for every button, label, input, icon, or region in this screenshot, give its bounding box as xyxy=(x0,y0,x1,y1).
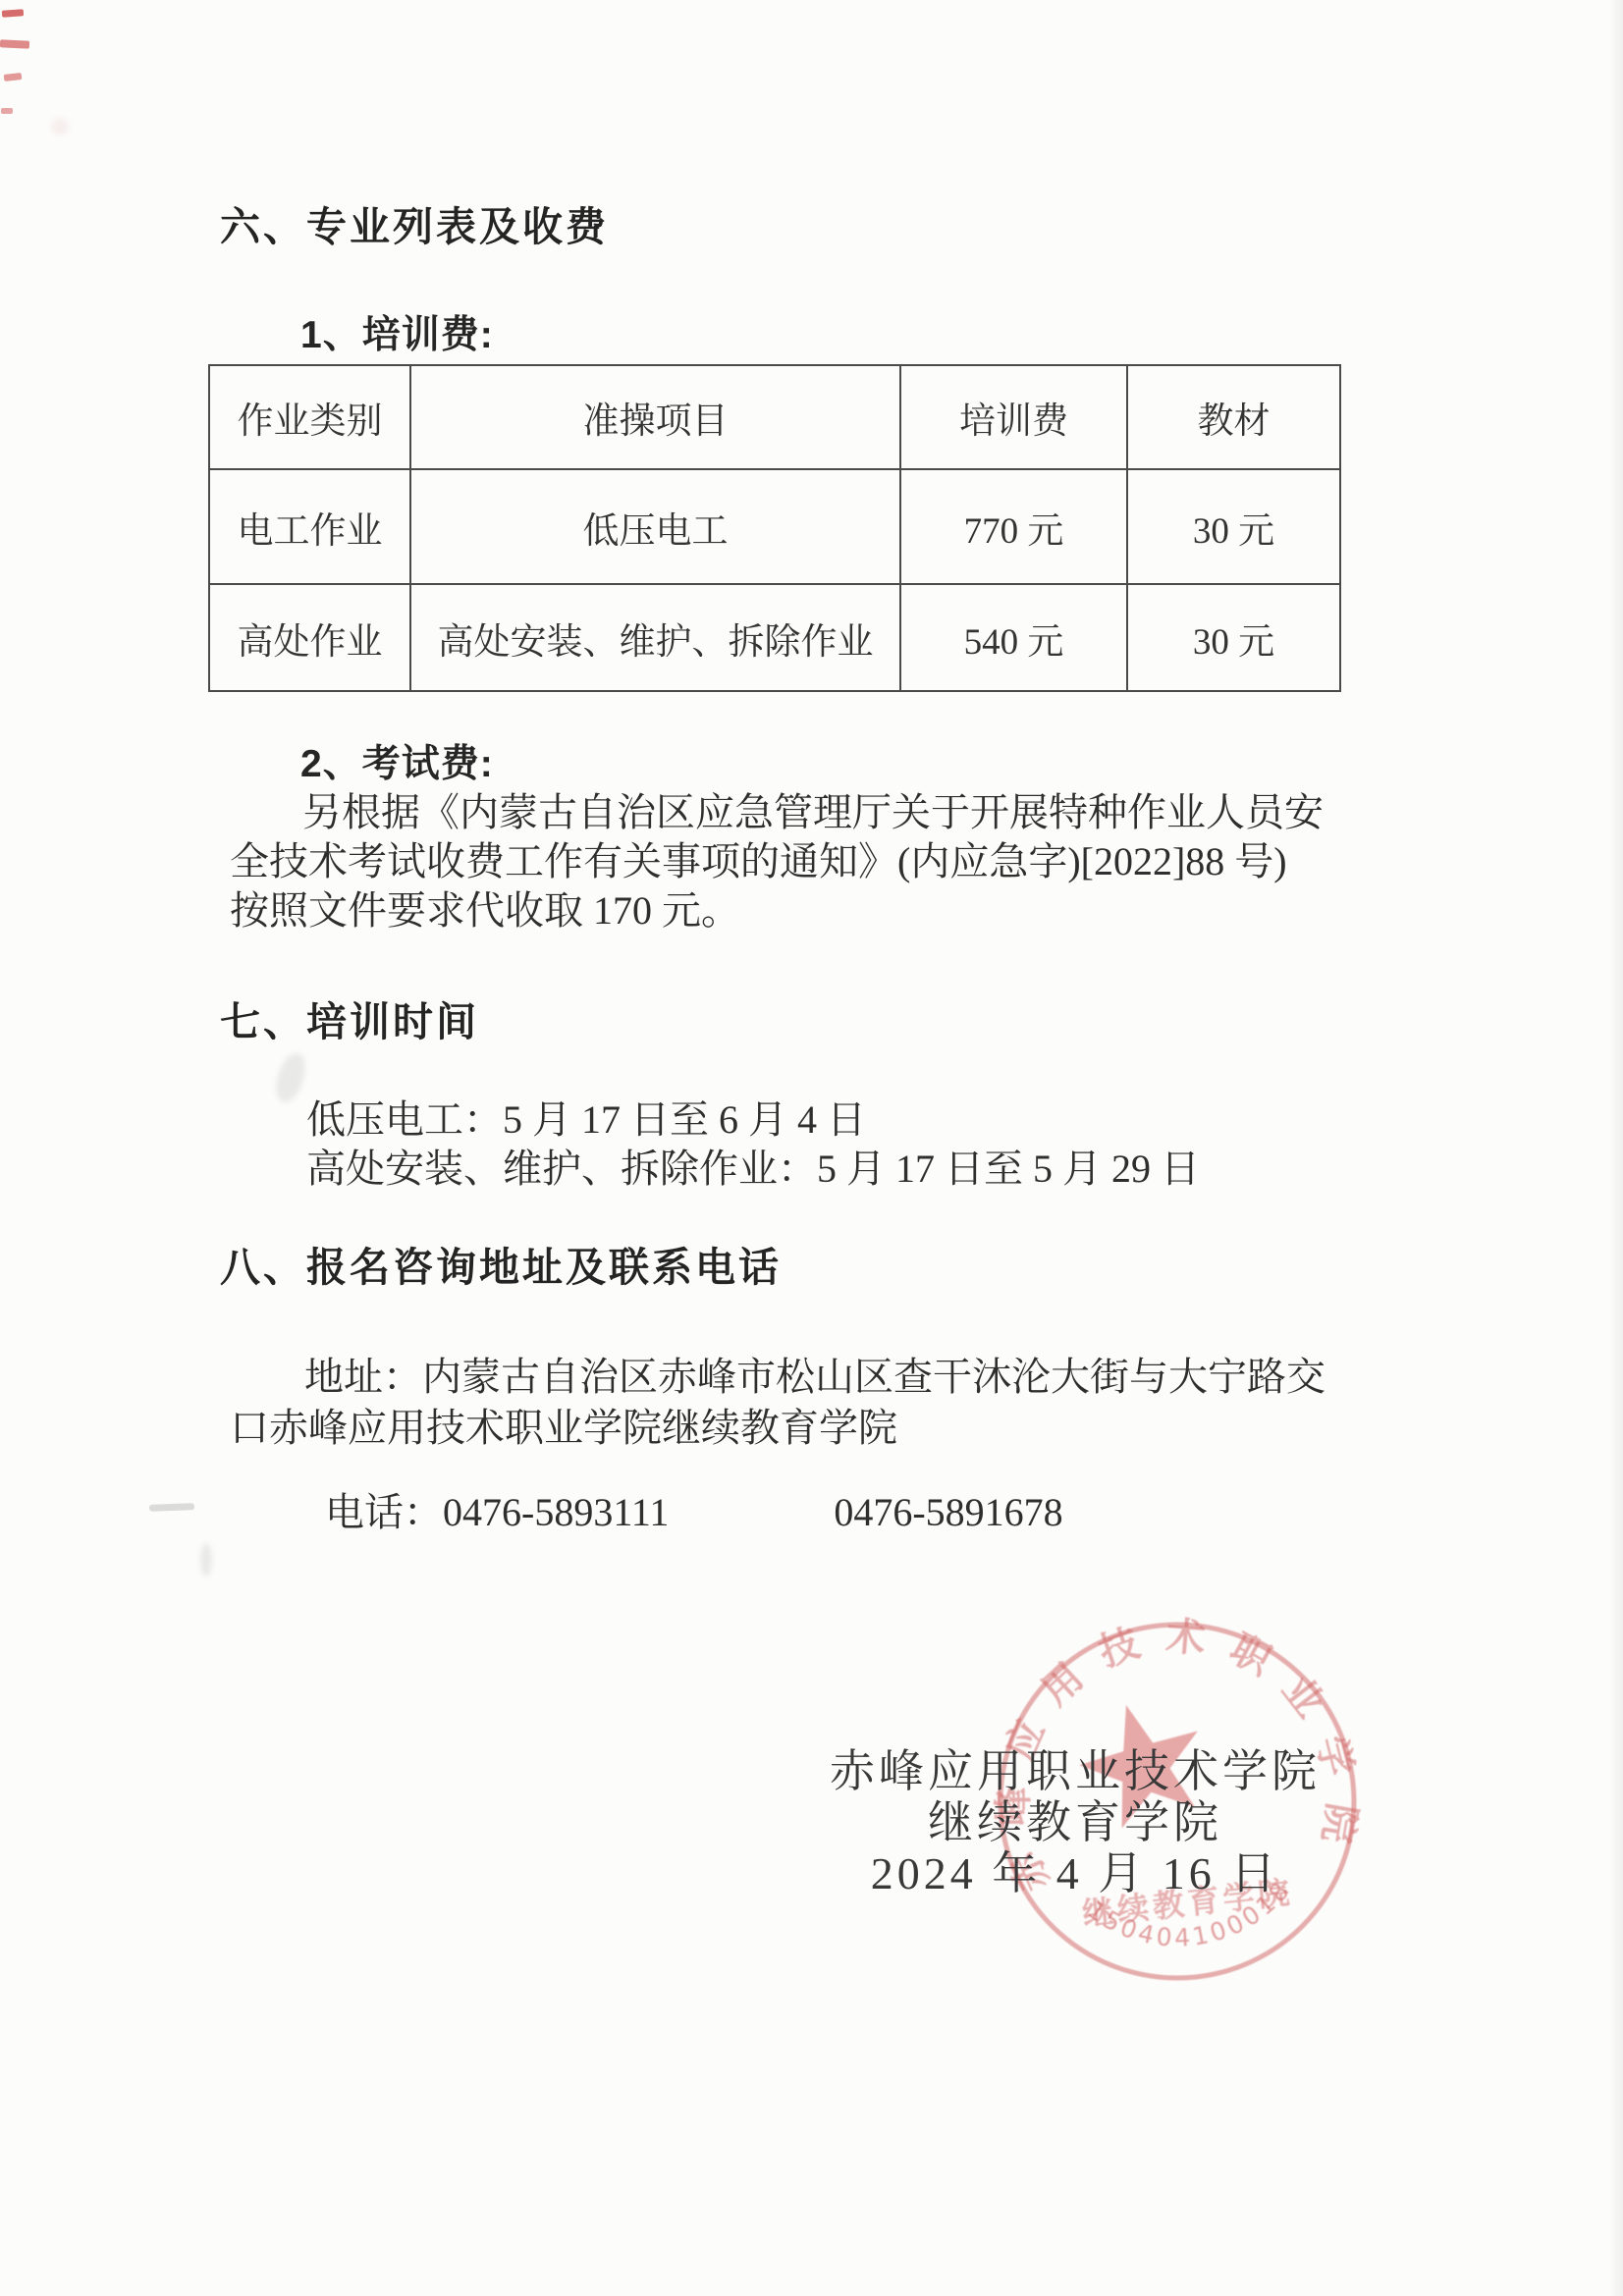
paragraph-line: 全技术考试收费工作有关事项的通知》(内应急字)[2022]88 号) xyxy=(230,837,1324,886)
table-row: 高处作业 高处安装、维护、拆除作业 540 元 30 元 xyxy=(209,584,1340,691)
cell-training-fee: 770 元 xyxy=(900,469,1127,584)
signature-date: 2024 年 4 月 16 日 xyxy=(756,1848,1394,1899)
cell-textbook-fee: 30 元 xyxy=(1127,584,1340,691)
phone-number-2: 0476-5891678 xyxy=(834,1490,1062,1534)
phone-number-1: 0476-5893111 xyxy=(443,1490,669,1534)
training-fee-subheading: 1、培训费: xyxy=(300,314,494,357)
training-fee-table: 作业类别 准操项目 培训费 教材 电工作业 低压电工 770 元 30 元 高处… xyxy=(208,364,1341,692)
phone-row: 电话：0476-58931110476-5891678 xyxy=(325,1489,1063,1536)
section-8-heading: 八、报名咨询地址及联系电话 xyxy=(220,1245,782,1290)
col-header-textbook: 教材 xyxy=(1127,365,1340,469)
signature-college-name: 赤峰应用职业技术学院 xyxy=(756,1746,1394,1797)
exam-fee-paragraph: 另根据《内蒙古自治区应急管理厅关于开展特种作业人员安 全技术考试收费工作有关事项… xyxy=(230,788,1324,935)
scan-smudge xyxy=(200,1543,212,1576)
schedule-line-high-altitude: 高处安装、维护、拆除作业：5 月 17 日至 5 月 29 日 xyxy=(306,1145,1200,1194)
cell-job-category: 电工作业 xyxy=(209,469,410,584)
cell-textbook-fee: 30 元 xyxy=(1127,469,1340,584)
table-header-row: 作业类别 准操项目 培训费 教材 xyxy=(209,365,1340,469)
scan-smudge xyxy=(271,1049,311,1105)
col-header-training-fee: 培训费 xyxy=(900,365,1127,469)
phone-label: 电话： xyxy=(325,1490,443,1534)
cell-operation-item: 低压电工 xyxy=(410,469,900,584)
schedule-line-electrician: 低压电工：5 月 17 日至 6 月 4 日 xyxy=(306,1095,1200,1145)
address-line: 地址：内蒙古自治区赤峰市松山区查干沐沦大街与大宁路交 xyxy=(230,1352,1325,1403)
table-row: 电工作业 低压电工 770 元 30 元 xyxy=(209,469,1340,584)
col-header-job-category: 作业类别 xyxy=(209,365,410,469)
paragraph-line: 另根据《内蒙古自治区应急管理厅关于开展特种作业人员安 xyxy=(230,788,1324,837)
exam-fee-subheading: 2、考试费: xyxy=(300,743,494,786)
pencil-dash-artifact xyxy=(149,1503,194,1512)
signature-block: 赤峰应用职业技术学院 继续教育学院 2024 年 4 月 16 日 xyxy=(756,1746,1394,1899)
address-line: 口赤峰应用技术职业学院继续教育学院 xyxy=(230,1403,1325,1454)
paragraph-line: 按照文件要求代收取 170 元。 xyxy=(230,886,1324,935)
red-ink-artifact xyxy=(0,6,29,114)
cell-job-category: 高处作业 xyxy=(209,584,410,691)
signature-department: 继续教育学院 xyxy=(756,1797,1394,1848)
address-paragraph: 地址：内蒙古自治区赤峰市松山区查干沐沦大街与大宁路交 口赤峰应用技术职业学院继续… xyxy=(230,1352,1325,1454)
page-edge-shade xyxy=(1609,0,1623,2296)
scan-smudge xyxy=(51,118,69,135)
col-header-operation-item: 准操项目 xyxy=(410,365,900,469)
section-7-heading: 七、培训时间 xyxy=(220,999,479,1044)
section-6-heading: 六、专业列表及收费 xyxy=(220,204,609,249)
cell-training-fee: 540 元 xyxy=(900,584,1127,691)
scanned-notice-page: 六、专业列表及收费 1、培训费: 作业类别 准操项目 培训费 教材 电工作业 低… xyxy=(0,0,1623,2296)
training-time-paragraph: 低压电工：5 月 17 日至 6 月 4 日 高处安装、维护、拆除作业：5 月 … xyxy=(306,1095,1200,1194)
cell-operation-item: 高处安装、维护、拆除作业 xyxy=(410,584,900,691)
